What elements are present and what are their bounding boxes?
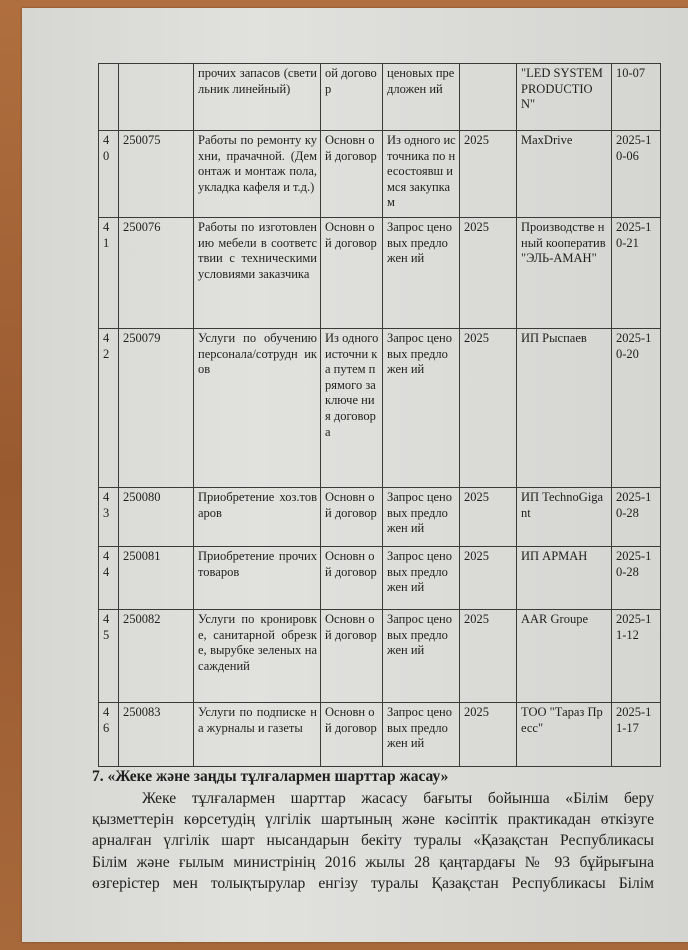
row-number: 46 xyxy=(99,703,119,767)
row-contract-type: Основн ой договор xyxy=(321,131,383,218)
row-supplier: ИП АРМАН xyxy=(517,547,612,610)
row-number: 43 xyxy=(99,488,119,547)
row-name: Услуги по обучению персонала/сотрудн ико… xyxy=(194,329,321,488)
row-code: 250082 xyxy=(119,610,194,703)
table-row: 43 250080 Приобретение хоз.товаров Основ… xyxy=(99,488,661,547)
paragraph-line: қызметтерін көрсетудің үлгілік шартының … xyxy=(92,809,654,830)
row-year: 2025 xyxy=(460,218,517,329)
paragraph-line: өзгерістер мен толықтырулар енгізу турал… xyxy=(92,873,654,894)
row-contract-type: Из одного источни ка путем прямого заклю… xyxy=(321,329,383,488)
row-name: Услуги по кронировке, санитарной обрезке… xyxy=(194,610,321,703)
row-supplier: ИП Рыспаев xyxy=(517,329,612,488)
row-year: 2025 xyxy=(460,547,517,610)
section-heading: 7. «Жеке және заңды тұлғалармен шарттар … xyxy=(92,768,448,786)
table-row: 42 250079 Услуги по обучению персонала/с… xyxy=(99,329,661,488)
row-method: Запрос ценовых предложен ий xyxy=(383,488,460,547)
row-supplier: MaxDrive xyxy=(517,131,612,218)
row-code: 250080 xyxy=(119,488,194,547)
section-paragraph: Жеке тұлғалармен шарттар жасасу бағыты б… xyxy=(92,788,654,894)
row-method: Из одного источника по несостоявш имся з… xyxy=(383,131,460,218)
paragraph-line: Жеке тұлғалармен шарттар жасасу бағыты б… xyxy=(92,788,654,809)
row-code: 250083 xyxy=(119,703,194,767)
row-supplier: Производстве нный кооператив "ЭЛЬ-АМАН" xyxy=(517,218,612,329)
row-year: 2025 xyxy=(460,488,517,547)
row-number: 41 xyxy=(99,218,119,329)
row-supplier: "LED SYSTEM PRODUCTIO N" xyxy=(517,64,612,131)
row-date: 2025-10-28 xyxy=(612,488,661,547)
row-contract-type: Основн ой договор xyxy=(321,218,383,329)
row-contract-type: ой договор xyxy=(321,64,383,131)
row-name: Приобретение хоз.товаров xyxy=(194,488,321,547)
row-code: 250081 xyxy=(119,547,194,610)
table-row: 40 250075 Работы по ремонту кухни, прача… xyxy=(99,131,661,218)
table-row: 41 250076 Работы по изготовлению мебели … xyxy=(99,218,661,329)
row-method: Запрос ценовых предложен ий xyxy=(383,218,460,329)
row-contract-type: Основн ой договор xyxy=(321,703,383,767)
row-name: прочих запасов (светильник линейный) xyxy=(194,64,321,131)
row-number: 40 xyxy=(99,131,119,218)
row-contract-type: Основн ой договор xyxy=(321,488,383,547)
row-name: Услуги по подписке на журналы и газеты xyxy=(194,703,321,767)
table-row: 46 250083 Услуги по подписке на журналы … xyxy=(99,703,661,767)
row-contract-type: Основн ой договор xyxy=(321,610,383,703)
row-date: 2025-10-20 xyxy=(612,329,661,488)
row-supplier: AAR Groupe xyxy=(517,610,612,703)
row-year: 2025 xyxy=(460,610,517,703)
row-method: Запрос ценовых предложен ий xyxy=(383,547,460,610)
paragraph-line: арналған үлгілік шарт нысандарын бекіту … xyxy=(92,830,654,851)
row-supplier: ТОО "Тараз Пресс" xyxy=(517,703,612,767)
row-year: 2025 xyxy=(460,131,517,218)
paragraph-line: Білім және ғылым министрінің 2016 жылы 2… xyxy=(92,852,654,873)
row-number: 44 xyxy=(99,547,119,610)
row-date: 10-07 xyxy=(612,64,661,131)
row-supplier: ИП TechnoGigant xyxy=(517,488,612,547)
procurement-table: прочих запасов (светильник линейный) ой … xyxy=(98,63,661,767)
row-name: Приобретение прочих товаров xyxy=(194,547,321,610)
row-method: Запрос ценовых предложен ий xyxy=(383,329,460,488)
row-method: Запрос ценовых предложен ий xyxy=(383,703,460,767)
row-code: 250079 xyxy=(119,329,194,488)
table-row: прочих запасов (светильник линейный) ой … xyxy=(99,64,661,131)
row-number: 45 xyxy=(99,610,119,703)
table-row: 45 250082 Услуги по кронировке, санитарн… xyxy=(99,610,661,703)
row-year: 2025 xyxy=(460,329,517,488)
row-code: 250076 xyxy=(119,218,194,329)
row-date: 2025-10-28 xyxy=(612,547,661,610)
row-code: 250075 xyxy=(119,131,194,218)
row-year: 2025 xyxy=(460,703,517,767)
row-name: Работы по ремонту кухни, прачачной. (Дем… xyxy=(194,131,321,218)
row-method: Запрос ценовых предложен ий xyxy=(383,610,460,703)
row-date: 2025-11-12 xyxy=(612,610,661,703)
row-date: 2025-11-17 xyxy=(612,703,661,767)
row-date: 2025-10-06 xyxy=(612,131,661,218)
row-number: 42 xyxy=(99,329,119,488)
row-code xyxy=(119,64,194,131)
row-date: 2025-10-21 xyxy=(612,218,661,329)
table-row: 44 250081 Приобретение прочих товаров Ос… xyxy=(99,547,661,610)
row-name: Работы по изготовлению мебели в соответс… xyxy=(194,218,321,329)
row-number xyxy=(99,64,119,131)
row-method: ценовых предложен ий xyxy=(383,64,460,131)
row-contract-type: Основн ой договор xyxy=(321,547,383,610)
row-year xyxy=(460,64,517,131)
